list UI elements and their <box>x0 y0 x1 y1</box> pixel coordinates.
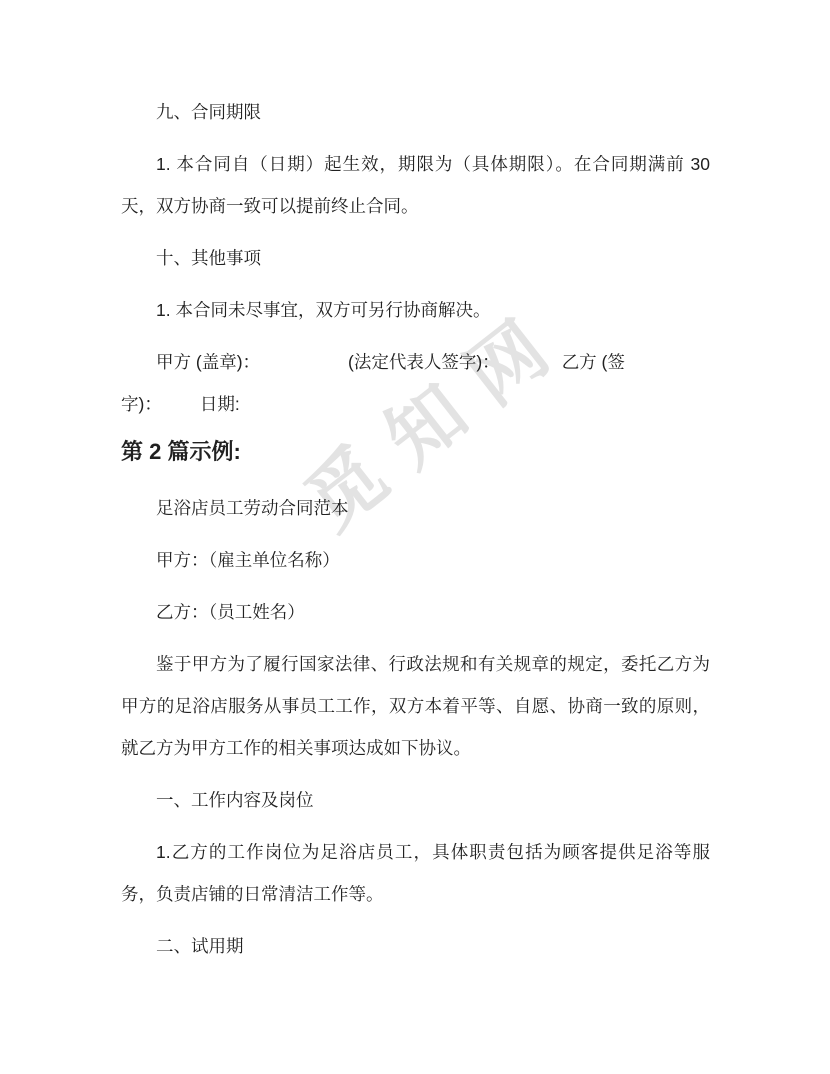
party-a-line: 甲方：（雇主单位名称） <box>121 539 710 581</box>
document-page: 觅知网 九、合同期限 1. 本合同自（日期）起生效，期限为（具体期限）。在合同期… <box>0 0 830 1074</box>
signature-line-2: 字)：日期: <box>121 383 710 425</box>
section-heading-two: 二、试用期 <box>121 925 710 967</box>
party-b-sign-label-wrap: 字)： <box>121 394 162 414</box>
preamble-paragraph: 鉴于甲方为了履行国家法律、行政法规和有关规章的规定，委托乙方为甲方的足浴店服务从… <box>121 643 710 769</box>
party-a-seal-label: 甲方 (盖章)： <box>156 352 260 372</box>
clause-contract-term: 1. 本合同自（日期）起生效，期限为（具体期限）。在合同期满前 30 天，双方协… <box>121 143 710 227</box>
party-b-sign-label: 乙方 (签 <box>562 352 625 372</box>
document-content: 九、合同期限 1. 本合同自（日期）起生效，期限为（具体期限）。在合同期满前 3… <box>0 0 830 1074</box>
section-heading-ten: 十、其他事项 <box>121 237 710 279</box>
signature-block: 甲方 (盖章)：(法定代表人签字)：乙方 (签 字)：日期: <box>121 341 710 425</box>
party-b-line: 乙方：（员工姓名） <box>121 591 710 633</box>
clause-other-matters: 1. 本合同未尽事宜，双方可另行协商解决。 <box>121 289 710 331</box>
section-heading-nine: 九、合同期限 <box>121 91 710 133</box>
legal-representative-label: (法定代表人签字)： <box>348 352 500 372</box>
clause-job-duties: 1.乙方的工作岗位为足浴店员工，具体职责包括为顾客提供足浴等服务，负责店铺的日常… <box>121 831 710 915</box>
part2-heading: 第 2 篇示例: <box>121 429 710 475</box>
contract-title: 足浴店员工劳动合同范本 <box>121 487 710 529</box>
section-heading-one: 一、工作内容及岗位 <box>121 779 710 821</box>
date-label: 日期: <box>200 394 240 414</box>
signature-line-1: 甲方 (盖章)：(法定代表人签字)：乙方 (签 <box>121 341 710 383</box>
